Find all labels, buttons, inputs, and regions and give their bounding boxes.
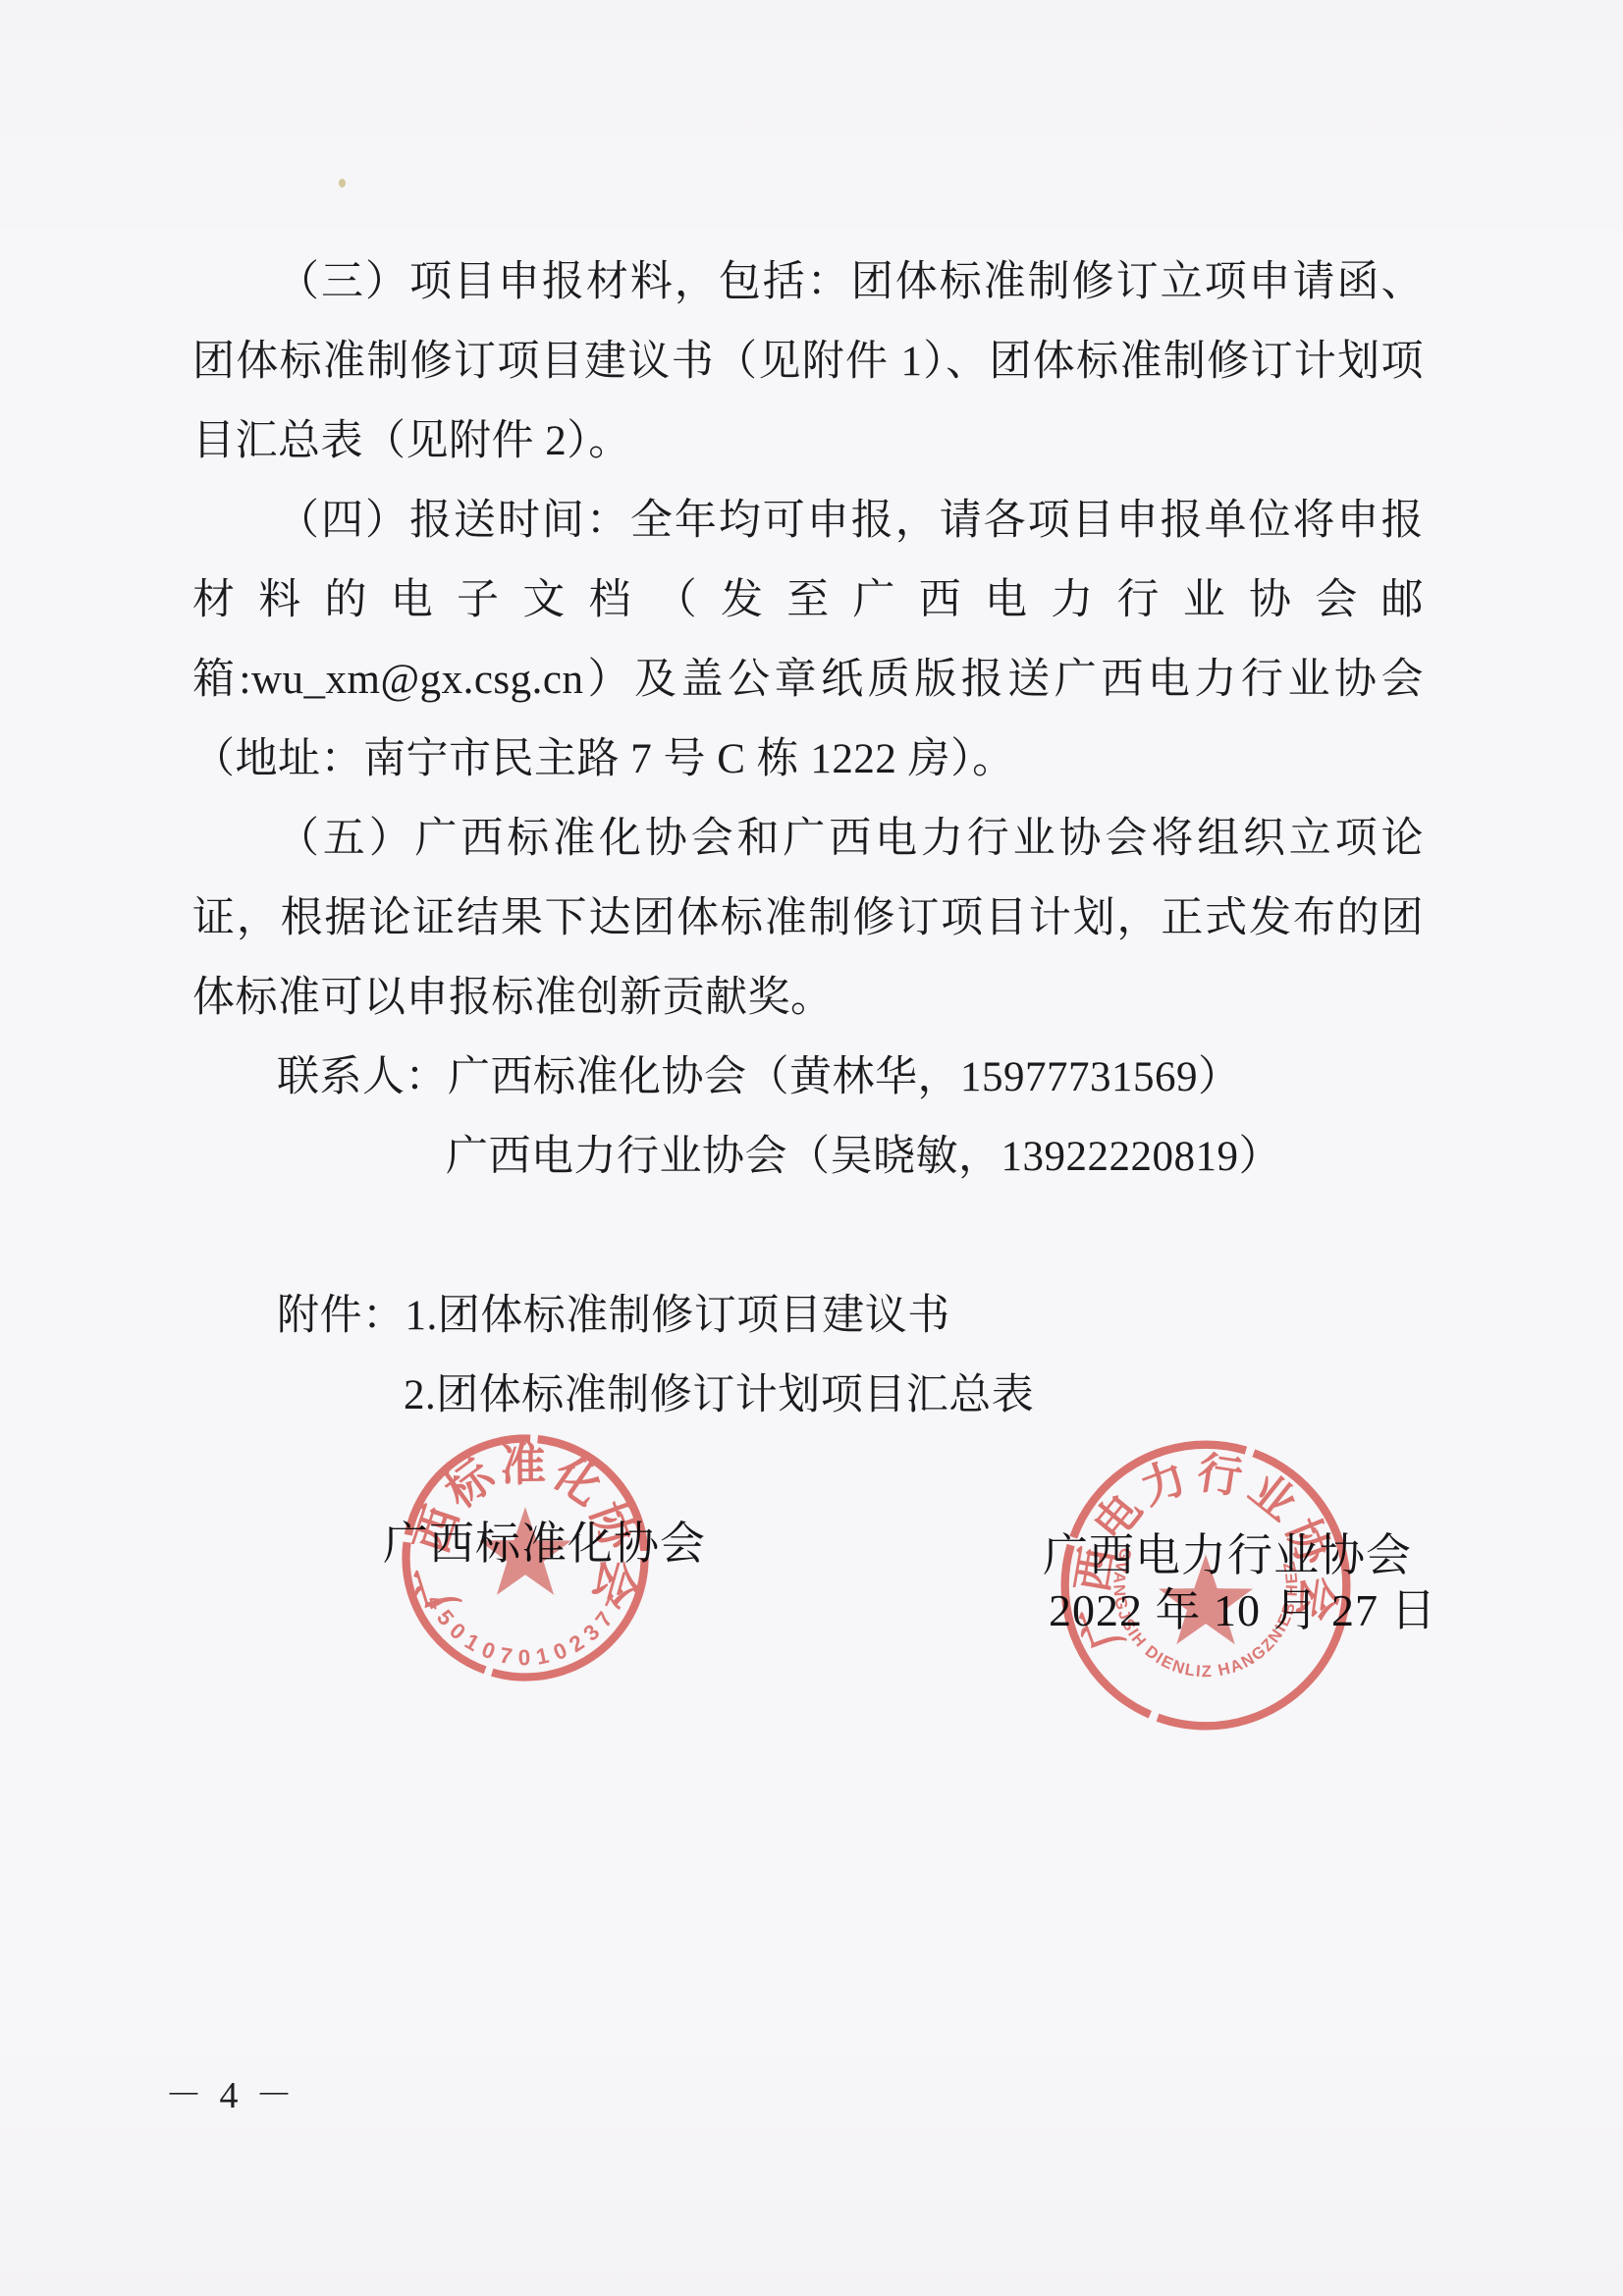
right-official-seal: 广西电力行业协会 GVANGJSIH DIENLIZ HANGZNIEB HEZ…: [1034, 1414, 1378, 1757]
paragraph-line: 团体标准制修订项目建议书（见附件 1）、团体标准制修订计划项: [192, 322, 1424, 401]
document-page: （三）项目申报材料，包括：团体标准制修订立项申请函、 团体标准制修订项目建议书（…: [0, 0, 1623, 2296]
paragraph-line: 箱:wu_xm@gx.csg.cn）及盖公章纸质版报送广西电力行业协会: [192, 640, 1424, 720]
paragraph-line: 证，根据论证结果下达团体标准制修订项目计划，正式发布的团: [192, 879, 1424, 958]
document-body: （三）项目申报材料，包括：团体标准制修订立项申请函、 团体标准制修订项目建议书（…: [192, 242, 1424, 1435]
page-number: － 4 －: [165, 2064, 297, 2118]
attachment-line-1: 附件：1.团体标准制修订项目建议书: [192, 1276, 1424, 1356]
blank-line: [192, 1197, 1424, 1276]
star-icon: [479, 1507, 571, 1595]
paragraph-line: （四）报送时间：全年均可申报，请各项目申报单位将申报: [192, 481, 1424, 561]
paragraph-line: （三）项目申报材料，包括：团体标准制修订立项申请函、: [192, 242, 1424, 322]
paragraph-line: （地址：南宁市民主路 7 号 C 栋 1222 房）。: [192, 720, 1424, 799]
contact-line-power: 广西电力行业协会（吴晓敏，13922220819）: [192, 1117, 1424, 1197]
paragraph-line: 体标准可以申报标准创新贡献奖。: [192, 958, 1424, 1038]
paragraph-line: （五）广西标准化协会和广西电力行业协会将组织立项论: [192, 799, 1424, 879]
contact-line-standardization: 联系人：广西标准化协会（黄林华，15977731569）: [192, 1038, 1424, 1117]
paragraph-line: 材料的电子文档（发至广西电力行业协会邮: [192, 561, 1424, 640]
star-icon: [1159, 1555, 1253, 1645]
left-official-seal: 广西标准化协会 4501070102377: [363, 1396, 687, 1720]
paragraph-line: 目汇总表（见附件 2）。: [192, 401, 1424, 481]
scan-speck: [339, 179, 346, 187]
